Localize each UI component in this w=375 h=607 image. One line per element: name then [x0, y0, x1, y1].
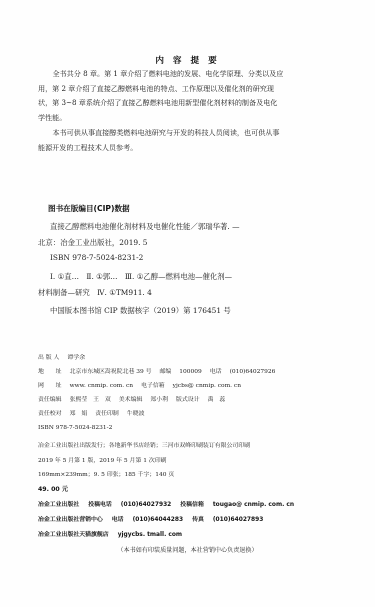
layout-label: 版式设计 — [176, 397, 200, 403]
contact-org: 冶金工业出版社营销中心 — [38, 517, 103, 523]
imprint-publisher: 出 版 人谭学余 — [38, 352, 85, 361]
editor-label: 责任编辑 — [38, 394, 62, 403]
summary-line: 状，第 3~8 章系统介绍了直接乙醇燃料电池用新型催化剂材料的制备及电化 — [38, 96, 331, 111]
art-editor-value: 郑小利 — [150, 397, 168, 403]
marketing-fax: (010)64027893 — [213, 517, 263, 523]
copyright-page: 内 容 提 要 全书共分 8 章。第 1 章介绍了燃料电池的发展、电化学原理、分… — [0, 0, 375, 607]
summary-line: 学性能。 — [38, 111, 331, 126]
contact-org: 冶金工业出版社 — [38, 502, 79, 508]
contact-org: 冶金工业出版社天猫旗舰店 — [38, 532, 109, 538]
tmall-store-link[interactable]: yjgycbs. tmall. com — [118, 532, 182, 538]
cip-line: 材料制备—研究 Ⅳ. ①TM911. 4 — [38, 287, 152, 298]
cip-line: 直接乙醇燃料电池催化剂材料及电催化性能／郭瑞华著. — — [50, 221, 239, 232]
summary-line: 本书可供从事直接醇类燃料电池研究与开发的科技人员阅读，也可供从事 — [38, 126, 331, 141]
cip-line: 北京：冶金工业出版社，2019. 5 — [38, 237, 148, 248]
art-editor-label: 美术编辑 — [119, 397, 143, 403]
quality-notice: （本书如有印装质量问题，本社营销中心负责退换） — [0, 545, 375, 554]
imprint-distribution: 冶金工业出版社出版发行；各地新华书店经销；三河市双峰印刷装订有限公司印刷 — [38, 440, 250, 449]
website-label: 网 址 — [38, 380, 62, 389]
publisher-label: 出 版 人 — [38, 352, 59, 361]
summary-paragraph-1: 全书共分 8 章。第 1 章介绍了燃料电池的发展、电化学原理、分类以及应 用，第… — [38, 67, 331, 125]
contact-tmall-store: 冶金工业出版社天猫旗舰店yjgycbs. tmall. com — [38, 529, 182, 538]
marketing-phone: (010)64044283 — [133, 517, 183, 523]
phone-value: (010)64027926 — [230, 369, 276, 375]
imprint-website: 网 址www. cnmip. com. cn电子信箱yjcbs@ cnmip. … — [38, 380, 241, 389]
contact-label: 传真 — [192, 517, 204, 523]
cip-line: Ⅰ. ①直… Ⅱ. ①郭… Ⅲ. ①乙醇—燃料电池—催化剂— — [50, 271, 232, 282]
summary-line: 用，第 2 章介绍了直接乙醇燃料电池的特点、工作原理以及催化剂的研究现 — [38, 82, 331, 97]
postcode-value: 100009 — [179, 369, 202, 375]
contact-label: 投稿电话 — [88, 502, 112, 508]
phone-label: 电话 — [210, 369, 222, 375]
email-link[interactable]: yjcbs@ cnmip. com. cn — [173, 383, 241, 389]
imprint-format: 169mm×239mm；9. 5 印张；185 千字；140 页 — [38, 469, 174, 478]
printing-value: 牛晓波 — [127, 411, 145, 417]
contact-label: 电话 — [112, 517, 124, 523]
contact-marketing: 冶金工业出版社营销中心电话(010)64044283传真(010)6402789… — [38, 514, 263, 523]
proofreader-label: 责任校对 — [38, 408, 62, 417]
submission-email-link[interactable]: tougao@ cnmip. com. cn — [213, 502, 294, 508]
editor-value: 张熙莹 王 双 — [70, 397, 111, 403]
address-value: 北京市东城区嵩祝院北巷 39 号 — [70, 369, 152, 375]
summary-title: 内 容 提 要 — [0, 54, 375, 66]
imprint-editors: 责任编辑张熙莹 王 双美术编辑郑小利版式设计禹 蕊 — [38, 394, 225, 403]
postcode-label: 邮编 — [160, 369, 172, 375]
summary-line: 能源开发的工程技术人员参考。 — [38, 141, 331, 156]
cip-record-number: 中国版本图书馆 CIP 数据核字（2019）第 176451 号 — [50, 305, 231, 316]
cip-title: 图书在版编目(CIP)数据 — [48, 203, 130, 214]
imprint-proofreading: 责任校对郑 娟责任印制牛晓波 — [38, 408, 144, 417]
website-link[interactable]: www. cnmip. com. cn — [70, 383, 134, 389]
imprint-address: 地 址北京市东城区嵩祝院北巷 39 号邮编100009电话(010)640279… — [38, 366, 275, 375]
address-label: 地 址 — [38, 366, 62, 375]
contact-submission: 冶金工业出版社投稿电话(010)64027932投稿信箱tougao@ cnmi… — [38, 499, 294, 508]
contact-label: 投稿信箱 — [180, 502, 204, 508]
summary-line: 全书共分 8 章。第 1 章介绍了燃料电池的发展、电化学原理、分类以及应 — [38, 67, 331, 82]
email-label: 电子信箱 — [141, 383, 165, 389]
summary-paragraph-2: 本书可供从事直接醇类燃料电池研究与开发的科技人员阅读，也可供从事 能源开发的工程… — [38, 126, 331, 155]
layout-value: 禹 蕊 — [208, 397, 226, 403]
printing-label: 责任印制 — [95, 411, 119, 417]
publisher-value: 谭学余 — [67, 355, 85, 361]
imprint-isbn: ISBN 978-7-5024-8231-2 — [38, 425, 112, 431]
imprint-edition: 2019 年 5 月第 1 版，2019 年 5 月第 1 次印刷 — [38, 455, 167, 464]
proofreader-value: 郑 娟 — [70, 411, 88, 417]
price: 49. 00 元 — [38, 484, 68, 493]
cip-isbn: ISBN 978-7-5024-8231-2 — [50, 253, 143, 262]
submission-phone: (010)64027932 — [121, 502, 171, 508]
